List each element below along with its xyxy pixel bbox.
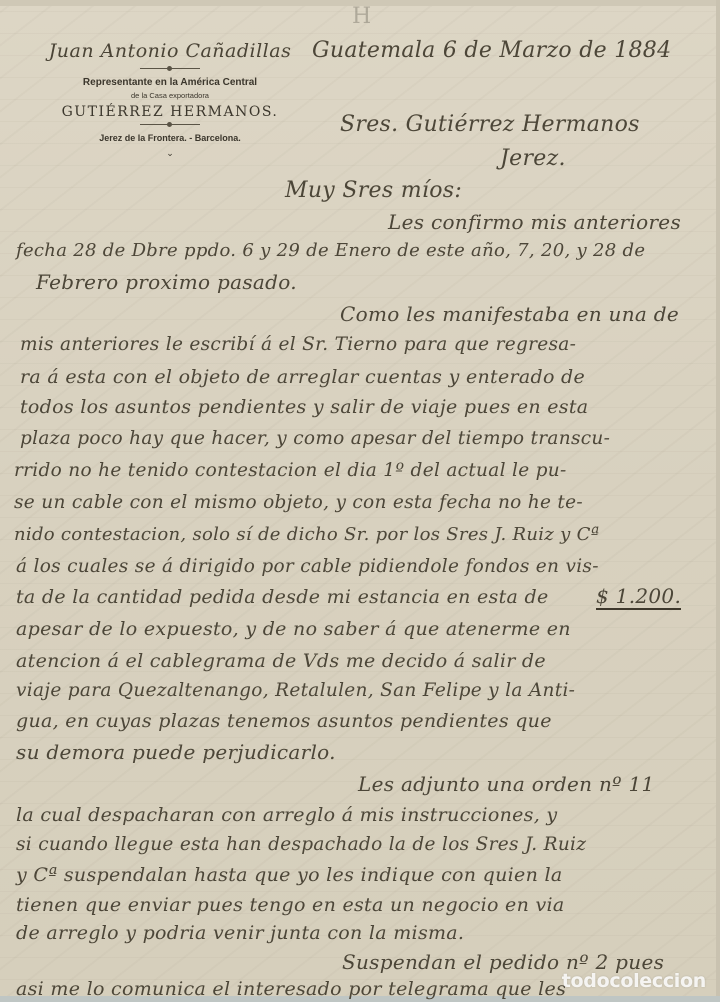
letterhead-role: Representante en la América Central xyxy=(40,77,300,88)
addressee-line-1: Sres. Gutiérrez Hermanos xyxy=(340,112,640,137)
body-line: apesar de lo expuesto, y de no saber á q… xyxy=(16,618,571,640)
body-line: la cual despacharan con arreglo á mis in… xyxy=(16,804,557,826)
body-line: rrido no he tenido contestacion el dia 1… xyxy=(14,460,567,481)
letterhead-name: Juan Antonio Cañadillas xyxy=(40,40,300,62)
body-line: atencion á el cablegrama de Vds me decid… xyxy=(16,650,546,672)
body-line: fecha 28 de Dbre ppdo. 6 y 29 de Enero d… xyxy=(16,240,645,261)
body-line: Febrero proximo pasado. xyxy=(36,270,297,294)
letterhead: Juan Antonio Cañadillas Representante en… xyxy=(40,40,300,159)
addressee-line-2: Jerez. xyxy=(500,146,566,171)
amount-underlined: $ 1.200. xyxy=(596,584,681,610)
archive-stamp: H xyxy=(352,4,373,29)
salutation: Muy Sres míos: xyxy=(285,178,462,203)
letter-date: Guatemala 6 de Marzo de 1884 xyxy=(312,38,671,63)
paper-right-edge xyxy=(716,0,720,1002)
body-line: todos los asuntos pendientes y salir de … xyxy=(20,396,588,418)
body-line: Como les manifestaba en una de xyxy=(340,302,679,326)
ornament-icon: ⌄ xyxy=(40,149,300,159)
body-line: si cuando llegue esta han despachado la … xyxy=(16,834,586,855)
body-line: mis anteriores le escribí á el Sr. Tiern… xyxy=(20,334,576,355)
letter-page: H Juan Antonio Cañadillas Representante … xyxy=(0,0,720,1002)
letterhead-house: de la Casa exportadora xyxy=(40,91,300,100)
body-line: ra á esta con el objeto de arreglar cuen… xyxy=(20,366,585,388)
body-line: de arreglo y podria venir junta con la m… xyxy=(16,922,464,944)
body-line: Les confirmo mis anteriores xyxy=(388,210,681,234)
body-line: tienen que enviar pues tengo en esta un … xyxy=(16,894,565,916)
body-line: plaza poco hay que hacer, y como apesar … xyxy=(20,428,610,449)
body-line: se un cable con el mismo objeto, y con e… xyxy=(14,492,583,513)
letterhead-company: GUTIÉRREZ HERMANOS. xyxy=(40,104,300,120)
watermark-logo: todocoleccion xyxy=(562,970,706,992)
body-line: asi me lo comunica el interesado por tel… xyxy=(16,978,566,1000)
ornament-rule xyxy=(140,124,200,125)
body-line: y Cª suspendalan hasta que yo les indiqu… xyxy=(16,864,562,886)
body-line: á los cuales se á dirigido por cable pid… xyxy=(16,556,599,577)
body-line: gua, en cuyas plazas tenemos asuntos pen… xyxy=(16,710,552,732)
body-line: ta de la cantidad pedida desde mi estanc… xyxy=(16,586,549,608)
ornament-rule xyxy=(140,68,200,69)
body-line: su demora puede perjudicarlo. xyxy=(16,740,336,764)
body-line: Les adjunto una orden nº 11 xyxy=(358,772,655,796)
body-line: nido contestacion, solo sí de dicho Sr. … xyxy=(14,524,600,545)
body-line: viaje para Quezaltenango, Retalulen, San… xyxy=(16,680,575,701)
letterhead-city: Jerez de la Frontera. - Barcelona. xyxy=(40,133,300,143)
